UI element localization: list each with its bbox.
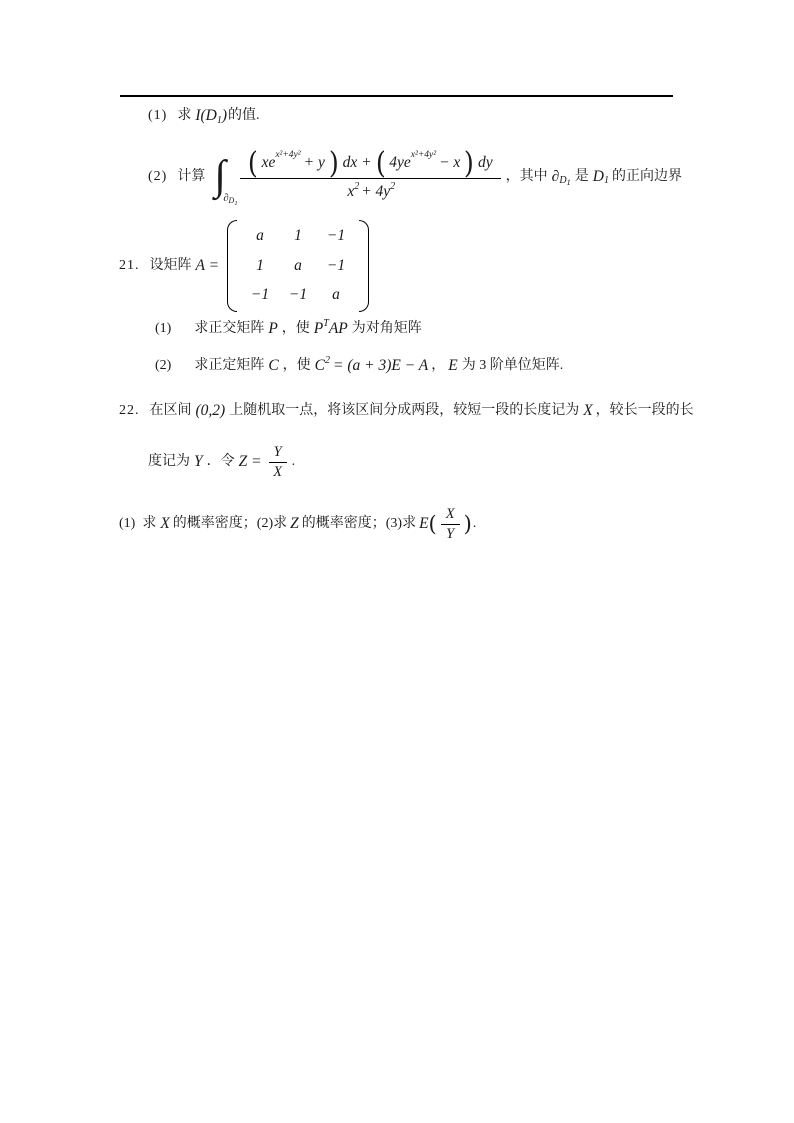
text-run: 设矩阵 xyxy=(150,257,192,276)
math-run: A = xyxy=(196,256,220,277)
matrix-cell: −1 xyxy=(279,285,317,306)
question-number: 22. xyxy=(119,402,140,421)
matrix-cell: −1 xyxy=(317,256,355,277)
item-number: (2) xyxy=(155,357,171,376)
text-run: 求正定矩阵 xyxy=(194,357,264,376)
left-paren: ( xyxy=(375,151,385,177)
q20-part1-line: (1) 求 I(D1) 的值. xyxy=(147,106,261,127)
matrix: a 1 −1 1 a −1 −1 −1 a xyxy=(227,220,369,313)
subscript: 1 xyxy=(567,177,571,188)
math-run: D xyxy=(593,167,604,188)
math-run: C xyxy=(268,356,278,377)
math-run: − x xyxy=(439,153,460,174)
matrix-cell: −1 xyxy=(317,226,355,247)
integral-sign: ∫ xyxy=(214,158,226,196)
text-run: 求 xyxy=(402,515,416,534)
matrix-cell: a xyxy=(317,285,355,306)
integral-subscript: ∂D1 xyxy=(223,192,237,206)
superscript: 2 xyxy=(390,180,395,194)
math-run: P xyxy=(268,319,277,340)
text-run: ，其中 xyxy=(506,168,548,187)
fraction: ( xex²+4y² + y ) dx + ( 4yex²+4y² − x ) … xyxy=(240,151,501,203)
text-run: . xyxy=(473,515,477,534)
matrix-grid: a 1 −1 1 a −1 −1 −1 a xyxy=(237,220,359,313)
item-number: (2) xyxy=(257,515,273,534)
math-run: C xyxy=(315,356,325,377)
partial-symbol: ∂ xyxy=(223,193,228,204)
fraction-numerator: Y xyxy=(269,444,287,463)
item-number: (2) xyxy=(148,168,167,187)
fraction-numerator: ( xex²+4y² + y ) dx + ( 4yex²+4y² − x ) … xyxy=(240,151,501,180)
right-paren: ) xyxy=(464,151,474,177)
superscript: T xyxy=(323,317,329,331)
math-run: 4ye xyxy=(389,153,411,174)
subscript: 1 xyxy=(217,114,222,128)
left-paren: ( xyxy=(248,151,258,177)
math-run: X xyxy=(160,514,169,535)
q22-line1: 22. 在区间 (0,2) 上随机取一点，将该区间分成两段，较短一段的长度记为 … xyxy=(118,401,694,422)
text-run: 求 xyxy=(273,515,287,534)
exponent: x²+4y² xyxy=(411,149,436,162)
text-run: 为 3 阶单位矩阵. xyxy=(462,357,564,376)
fraction-denominator: x2 + 4y2 xyxy=(345,179,395,203)
fraction: Y X xyxy=(269,444,287,480)
math-run: + y xyxy=(304,153,325,174)
math-run: E xyxy=(448,356,457,377)
text-run: ．令 xyxy=(207,453,235,472)
subscript: D xyxy=(559,174,566,188)
math-run: xe xyxy=(262,153,276,174)
math-run: Z = xyxy=(239,452,262,473)
text-run: . xyxy=(292,453,296,472)
text-run: 是 xyxy=(575,168,589,187)
matrix-cell: a xyxy=(241,226,279,247)
math-run: dx + xyxy=(343,153,372,174)
math-run: (0,2) xyxy=(196,401,226,422)
math-run: X xyxy=(583,401,592,422)
item-number: (1) xyxy=(155,320,171,339)
text-run: ， xyxy=(431,357,445,376)
text-run: 的值. xyxy=(228,107,260,126)
q21-part2-line: (2) 求正定矩阵 C ，使 C2 = (a + 3)E − A ， E 为 3… xyxy=(154,356,564,377)
math-run: E xyxy=(419,514,428,535)
fraction-denominator: Y xyxy=(446,525,454,543)
q21-heading: 21. 设矩阵 A = a 1 −1 1 a −1 −1 −1 a xyxy=(118,226,369,306)
text-run: 求正交矩阵 xyxy=(194,320,264,339)
matrix-left-paren xyxy=(227,220,237,313)
math-run: = (a + 3)E − A xyxy=(333,356,428,377)
q20-part2-line: (2) 计算 ∫ ∂D1 ( xex²+4y² + y ) dx + ( 4ye… xyxy=(147,144,683,210)
subscript: 1 xyxy=(234,200,237,207)
header-rule xyxy=(120,95,673,97)
fraction-denominator: X xyxy=(273,463,282,481)
text-run: 度记为 xyxy=(148,453,190,472)
math-run: I(D xyxy=(195,106,217,127)
matrix-cell: −1 xyxy=(241,285,279,306)
text-run: 的正向边界 xyxy=(612,168,682,187)
math-run: Z xyxy=(290,514,299,535)
text-run: ，较长一段的长 xyxy=(596,402,694,421)
right-paren: ) xyxy=(464,515,472,534)
text-run: ，使 xyxy=(282,320,310,339)
integral: ∫ ∂D1 xyxy=(214,158,226,196)
superscript: 2 xyxy=(354,180,359,194)
question-number: 21. xyxy=(119,257,140,276)
text-run: 的概率密度； xyxy=(302,515,386,534)
q21-part1-line: (1) 求正交矩阵 P ，使 PTAP 为对角矩阵 xyxy=(154,319,423,340)
fraction-numerator: X xyxy=(441,506,460,525)
math-run: P xyxy=(314,319,323,340)
text-run: 在区间 xyxy=(150,402,192,421)
superscript: 2 xyxy=(325,354,330,368)
right-paren: ) xyxy=(329,151,339,177)
subscript: 1 xyxy=(604,174,609,188)
math-run: x xyxy=(347,182,354,203)
text-run: 求 xyxy=(177,107,191,126)
matrix-cell: 1 xyxy=(279,226,317,247)
text-run: 上随机取一点，将该区间分成两段，较短一段的长度记为 xyxy=(229,402,579,421)
document-page: { "page": { "background": "#ffffff", "te… xyxy=(0,0,794,1123)
text-run: ，使 xyxy=(283,357,311,376)
exponent: x²+4y² xyxy=(275,149,300,162)
math-run: dy xyxy=(478,153,493,174)
item-number: (3) xyxy=(386,515,402,534)
matrix-right-paren xyxy=(359,220,369,313)
q22-line2: 度记为 Y ．令 Z = Y X . xyxy=(147,438,296,486)
text-run: 为对角矩阵 xyxy=(352,320,422,339)
q22-parts-line: (1) 求 X 的概率密度； (2) 求 Z 的概率密度； (3) 求 E ( … xyxy=(118,503,477,545)
math-run: + 4y xyxy=(361,182,390,203)
text-run: 计算 xyxy=(177,168,205,187)
matrix-cell: 1 xyxy=(241,256,279,277)
text-run: 求 xyxy=(142,515,156,534)
fraction: X Y xyxy=(441,506,460,542)
math-run: AP xyxy=(329,319,348,340)
item-number: (1) xyxy=(119,515,135,534)
math-run: ) xyxy=(222,106,227,127)
left-paren: ( xyxy=(429,515,437,534)
text-run: 的概率密度； xyxy=(173,515,257,534)
math-run: Y xyxy=(194,452,203,473)
matrix-cell: a xyxy=(279,256,317,277)
item-number: (1) xyxy=(148,107,167,126)
